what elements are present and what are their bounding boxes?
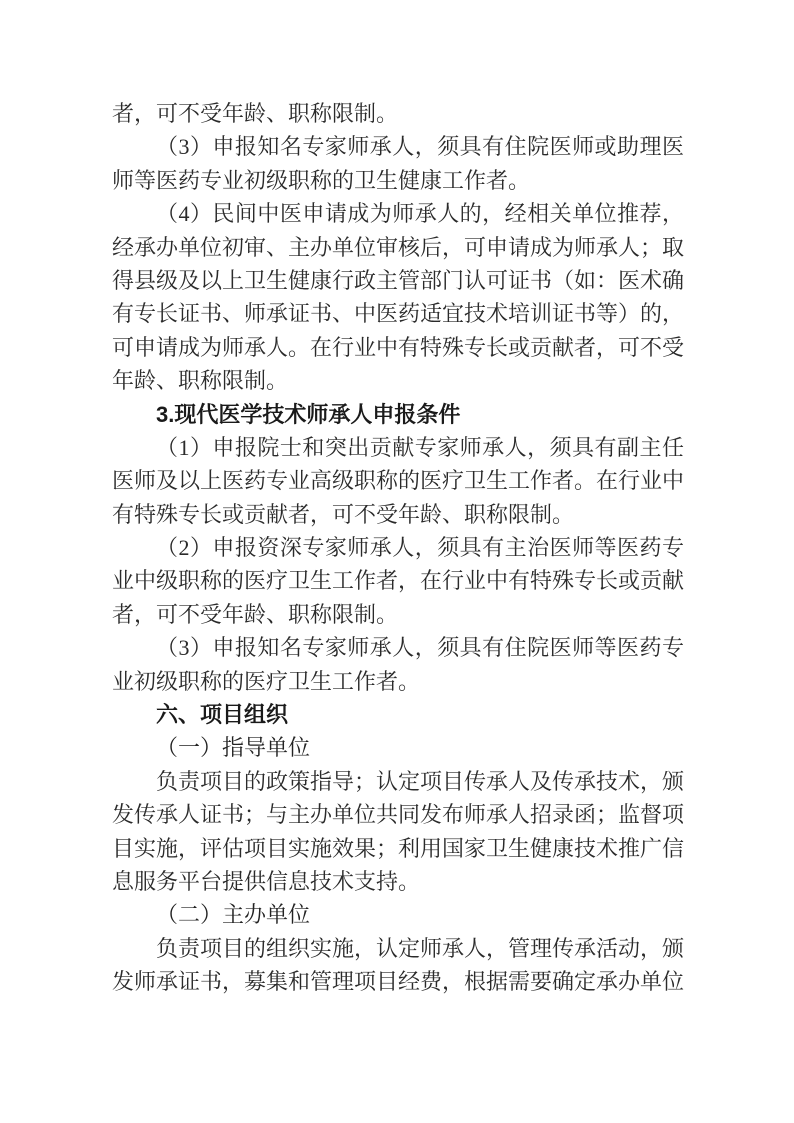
text-line: 目实施，评估项目实施效果；利用国家卫生健康技术推广信 — [112, 832, 684, 865]
text-line: 业初级职称的医疗卫生工作者。 — [112, 665, 684, 698]
text-line: 者，可不受年龄、职称限制。 — [112, 97, 684, 130]
text-line: （一）指导单位 — [112, 731, 684, 764]
text-line: 发传承人证书；与主办单位共同发布师承人招录函；监督项 — [112, 798, 684, 831]
text-line: 业中级职称的医疗卫生工作者，在行业中有特殊专长或贡献 — [112, 564, 684, 597]
text-line: （二）主办单位 — [112, 898, 684, 931]
paragraph: （3）申报知名专家师承人，须具有住院医师或助理医师等医药专业初级职称的卫生健康工… — [112, 130, 684, 197]
text-line: （3）申报知名专家师承人，须具有住院医师或助理医 — [112, 130, 684, 163]
text-line: 3.现代医学技术师承人申报条件 — [112, 398, 684, 431]
text-line: 可申请成为师承人。在行业中有特殊专长或贡献者，可不受 — [112, 331, 684, 364]
paragraph: 者，可不受年龄、职称限制。 — [112, 97, 684, 130]
paragraph: （4）民间中医申请成为师承人的，经相关单位推荐，经承办单位初审、主办单位审核后，… — [112, 197, 684, 397]
text-line: 有特殊专长或贡献者，可不受年龄、职称限制。 — [112, 498, 684, 531]
text-line: 师等医药专业初级职称的卫生健康工作者。 — [112, 164, 684, 197]
paragraph: （3）申报知名专家师承人，须具有住院医师等医药专业初级职称的医疗卫生工作者。 — [112, 631, 684, 698]
paragraph: 负责项目的组织实施，认定师承人，管理传承活动，颁发师承证书，募集和管理项目经费，… — [112, 932, 684, 999]
paragraph: 负责项目的政策指导；认定项目传承人及传承技术，颁发传承人证书；与主办单位共同发布… — [112, 765, 684, 899]
heading: （一）指导单位 — [112, 731, 684, 764]
heading: （二）主办单位 — [112, 898, 684, 931]
document-page: 者，可不受年龄、职称限制。（3）申报知名专家师承人，须具有住院医师或助理医师等医… — [0, 0, 794, 1123]
text-line: 者，可不受年龄、职称限制。 — [112, 598, 684, 631]
text-line: （3）申报知名专家师承人，须具有住院医师等医药专 — [112, 631, 684, 664]
heading: 3.现代医学技术师承人申报条件 — [112, 398, 684, 431]
text-line: 医师及以上医药专业高级职称的医疗卫生工作者。在行业中 — [112, 464, 684, 497]
heading: 六、项目组织 — [112, 698, 684, 731]
text-line: 经承办单位初审、主办单位审核后，可申请成为师承人；取 — [112, 231, 684, 264]
text-line: 有专长证书、师承证书、中医药适宜技术培训证书等）的， — [112, 297, 684, 330]
text-line: 负责项目的组织实施，认定师承人，管理传承活动，颁 — [112, 932, 684, 965]
text-line: 发师承证书，募集和管理项目经费，根据需要确定承办单位 — [112, 965, 684, 998]
text-line: 六、项目组织 — [112, 698, 684, 731]
paragraph: （2）申报资深专家师承人，须具有主治医师等医药专业中级职称的医疗卫生工作者，在行… — [112, 531, 684, 631]
text-line: 得县级及以上卫生健康行政主管部门认可证书（如：医术确 — [112, 264, 684, 297]
text-line: 负责项目的政策指导；认定项目传承人及传承技术，颁 — [112, 765, 684, 798]
text-line: （1）申报院士和突出贡献专家师承人，须具有副主任 — [112, 431, 684, 464]
text-line: 息服务平台提供信息技术支持。 — [112, 865, 684, 898]
paragraph: （1）申报院士和突出贡献专家师承人，须具有副主任医师及以上医药专业高级职称的医疗… — [112, 431, 684, 531]
text-line: 年龄、职称限制。 — [112, 364, 684, 397]
text-line: （2）申报资深专家师承人，须具有主治医师等医药专 — [112, 531, 684, 564]
text-line: （4）民间中医申请成为师承人的，经相关单位推荐， — [112, 197, 684, 230]
document-body: 者，可不受年龄、职称限制。（3）申报知名专家师承人，须具有住院医师或助理医师等医… — [112, 97, 684, 999]
